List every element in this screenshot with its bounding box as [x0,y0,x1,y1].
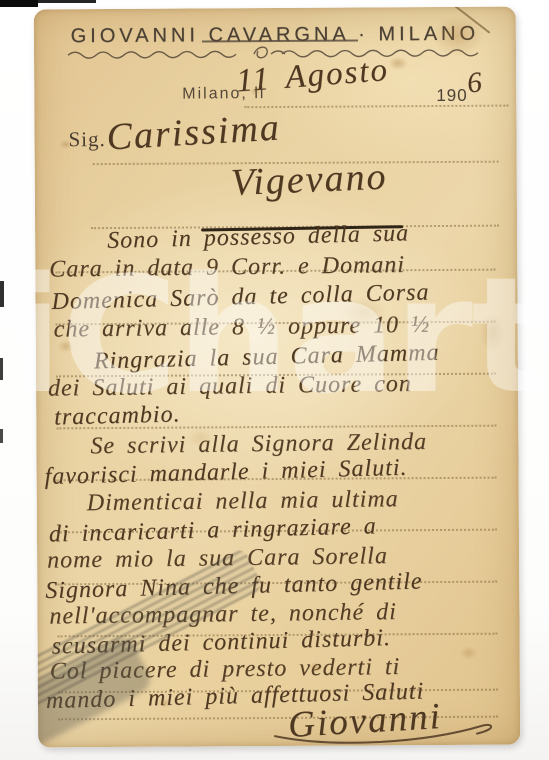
postcard: GIOVANNI CAVARGNA · MILANO Milano, li 11… [34,7,520,748]
printed-year-prefix: 190 [436,86,467,106]
scan-artifact-left [0,281,4,307]
signature-flourish [270,721,508,748]
handwritten-line: che arriva alle 8 ½ oppure 10 ½ [54,312,431,344]
date-ruled-line [244,105,508,109]
scanned-postcard-photo: GIOVANNI CAVARGNA · MILANO Milano, li 11… [0,0,549,760]
destination-city: Vigevano [230,155,388,205]
scan-artifact-left [0,358,3,380]
handwritten-line: Sono in possesso della sua [107,220,410,255]
paper-stain [456,643,482,663]
handwritten-line: dei Saluti ai quali di Cuore con [48,371,412,403]
scan-artifact-left [0,429,3,443]
handwritten-line: Cara in data 9 Corr. e Domani [49,252,405,284]
handwritten-line: Ringrazia la sua Cara Mamma [94,340,440,376]
handwritten-year-digit: 6 [465,66,484,101]
salutation-label: Sig. [68,127,105,152]
letter-body: Sono in possesso della sua Cara in data … [34,7,516,10]
paper-stain [476,307,510,359]
recipient-name: Carissima [105,105,282,159]
handwritten-line: Dimenticai nella mia ultima [87,486,399,517]
scan-artifact-top-thin [0,0,96,3]
handwritten-line: traccambio. [54,401,181,431]
handwritten-line: Domenica Sarò da te colla Corsa [51,279,430,316]
